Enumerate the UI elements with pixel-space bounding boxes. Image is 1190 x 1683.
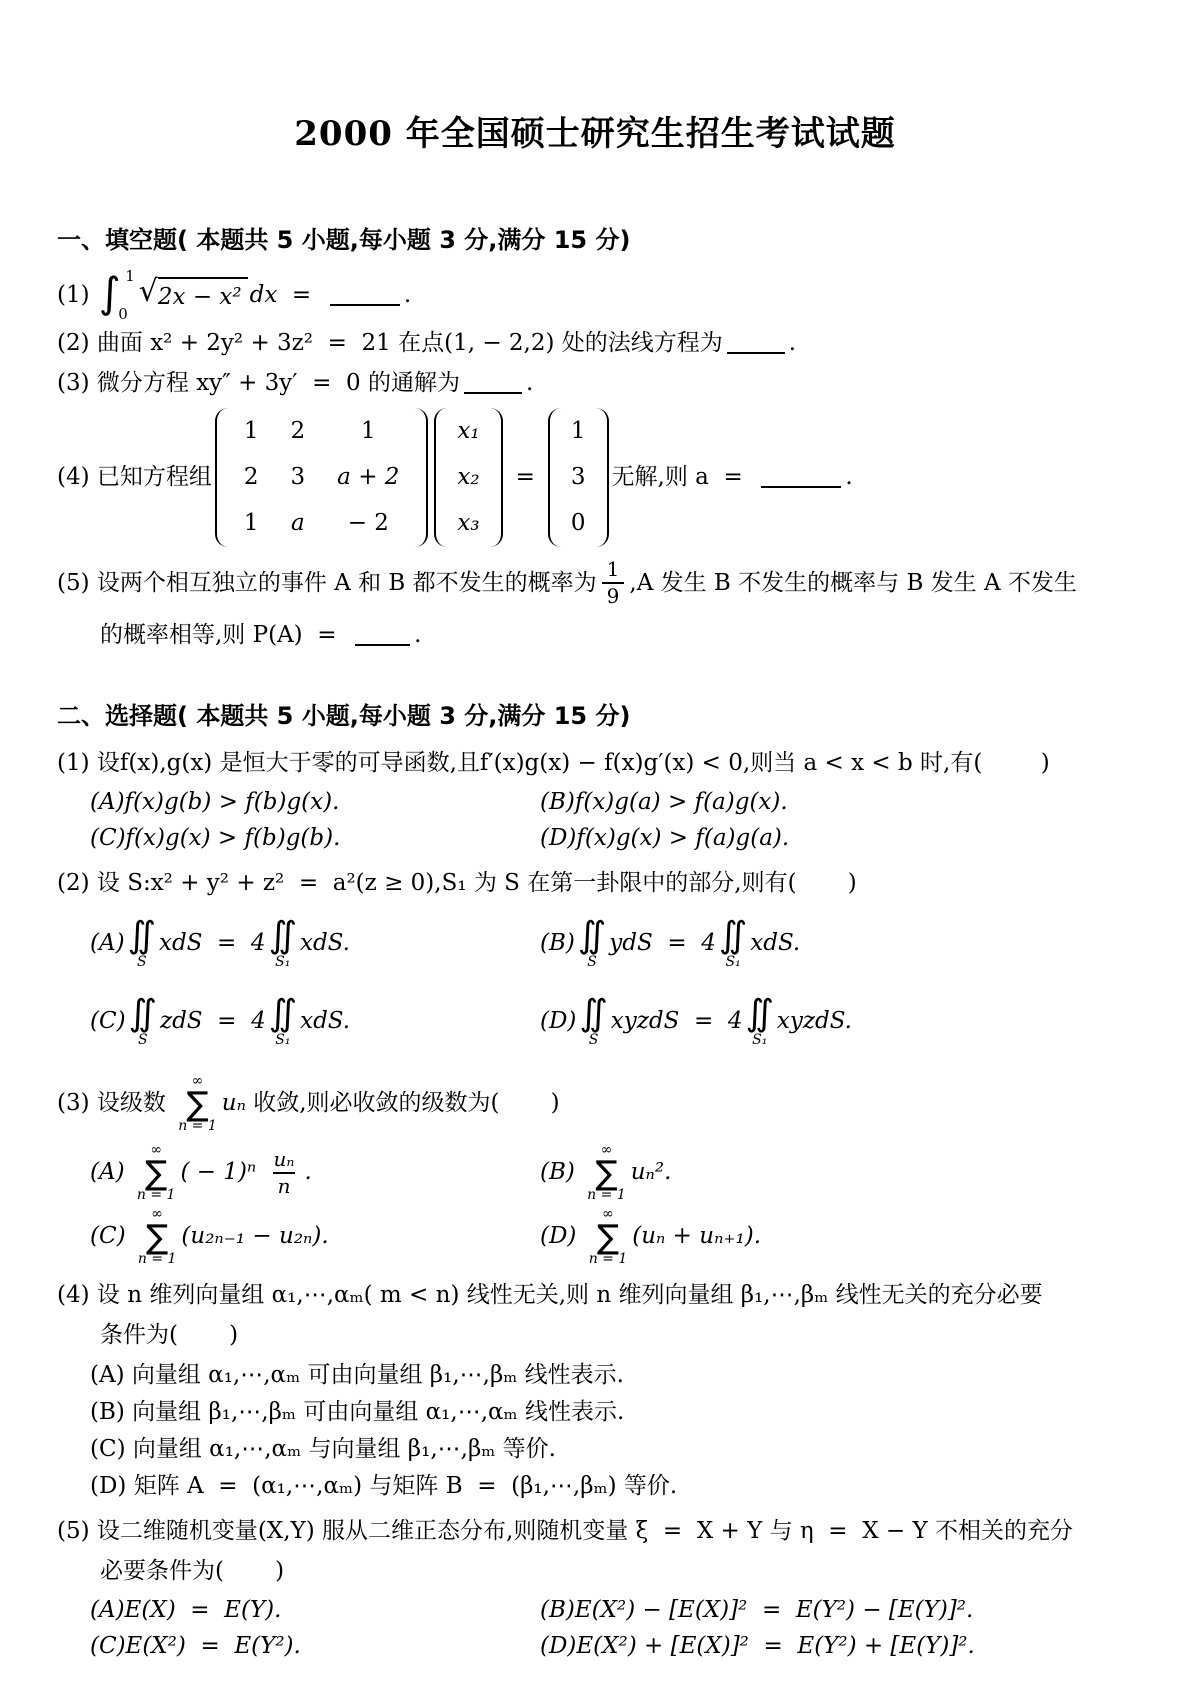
question-number: (5) — [57, 1516, 97, 1547]
integral-region: S₁ — [275, 955, 290, 969]
question-f5-line1: (5) 设两个相互独立的事件 A 和 B 都不发生的概率为 1 9 ,A 发生 … — [57, 552, 1133, 614]
exam-page: 2000 年全国硕士研究生招生考试试题 一、填空题( 本题共 5 小题,每小题 … — [0, 0, 1190, 1683]
stem-text: 收敛,则必收敛的级数为( ) — [253, 1088, 559, 1119]
option-label: (C) — [90, 1221, 133, 1252]
formula-text: xdS. — [300, 928, 350, 959]
integral-with-limits: ∫ 1 0 — [97, 270, 137, 320]
question-number: (3) — [57, 1088, 97, 1119]
section-fill-in: 一、填空题( 本题共 5 小题,每小题 3 分,满分 15 分) (1) ∫ 1… — [57, 224, 1133, 654]
fraction-denominator: n — [273, 1172, 296, 1199]
double-integral: ∬S — [128, 918, 156, 969]
stem-text: 条件为( ) — [100, 1320, 238, 1351]
double-integral-icon: ∬ — [128, 918, 156, 954]
double-integral: ∬S₁ — [719, 918, 747, 969]
unknowns-vector: x₁ x₂ x₃ — [434, 408, 502, 547]
double-integral: ∬S — [579, 996, 607, 1047]
matrix-cell: a + 2 — [337, 462, 399, 493]
answer-blank — [761, 466, 841, 488]
answer-blank — [727, 332, 785, 354]
section1-heading: 一、填空题( 本题共 5 小题,每小题 3 分,满分 15 分) — [57, 224, 1133, 256]
fraction: 1 9 — [602, 557, 625, 609]
option-c: (C)f(x)g(x) > f(b)g(b). — [90, 821, 540, 857]
matrix-cell: 1 — [244, 416, 259, 447]
period: . — [404, 280, 411, 311]
question-f4: (4) 已知方程组 1 2 1 2 3 a + 2 1 a − 2 — [57, 404, 1133, 550]
question-stem-line1: (4) 设 n 维列向量组 α₁,⋯,αₘ( m < n) 线性无关,则 n 维… — [57, 1277, 1133, 1315]
stem-text: 无解,则 a = — [612, 462, 758, 493]
vector-cell: x₂ — [457, 462, 479, 493]
sum-lower-limit: n = 1 — [137, 1188, 176, 1202]
question-stem: (2) 设 S:x² + y² + z² = a²(z ≥ 0),S₁ 为 S … — [57, 865, 1133, 903]
vector-cells: 1 3 0 — [561, 408, 596, 547]
formula-text: zdS = 4 — [160, 1006, 266, 1037]
page-title: 2000 年全国硕士研究生招生考试试题 — [57, 112, 1133, 158]
double-integral: ∬S₁ — [746, 996, 774, 1047]
option-a: (A) ∞ ∑ n = 1 ( − 1)ⁿ uₙ n . — [90, 1141, 540, 1205]
stem-text: 设f(x),g(x) 是恒大于零的可导函数,且f′(x)g(x) − f(x)g… — [97, 748, 1050, 779]
option-b: (B)f(x)g(a) > f(a)g(x). — [540, 785, 1133, 821]
option-c: (C) ∬S zdS = 4 ∬S₁ xdS. — [90, 983, 540, 1061]
rhs-vector: 1 3 0 — [548, 408, 609, 547]
formula-text: xyzdS = 4 — [611, 1006, 743, 1037]
option-c: (C) ∞ ∑ n = 1 (u₂ₙ₋₁ − u₂ₙ). — [90, 1205, 540, 1269]
option-label: (B) — [540, 928, 575, 959]
matrix-cell: a — [291, 508, 306, 539]
left-paren — [548, 408, 561, 547]
question-f2: (2) 曲面 x² + 2y² + 3z² = 21 在点(1, − 2,2) … — [57, 324, 1133, 362]
sigma-icon: ∑ — [595, 1157, 617, 1188]
square-root: √ 2x − x² — [139, 277, 248, 313]
integral-region: S — [138, 1033, 148, 1047]
double-integral-icon: ∬ — [269, 996, 297, 1032]
right-paren — [415, 408, 428, 547]
option-a: (A) ∬S xdS = 4 ∬S₁ xdS. — [90, 905, 540, 983]
vector-cell: 0 — [571, 508, 586, 539]
matrix-cell: 1 — [244, 508, 259, 539]
matrix-cell: 3 — [291, 462, 306, 493]
double-integral: ∬S₁ — [269, 918, 297, 969]
sum-operator: ∞ ∑ n = 1 — [178, 1074, 217, 1133]
question-m1: (1) 设f(x),g(x) 是恒大于零的可导函数,且f′(x)g(x) − f… — [57, 745, 1133, 857]
integral-region: S — [589, 1033, 599, 1047]
options: (A)f(x)g(b) > f(b)g(x). (B)f(x)g(a) > f(… — [57, 785, 1133, 857]
answer-blank — [330, 284, 400, 306]
stem-text: 设 S:x² + y² + z² = a²(z ≥ 0),S₁ 为 S 在第一卦… — [97, 868, 857, 899]
double-integral-icon: ∬ — [719, 918, 747, 954]
question-number: (2) — [57, 868, 97, 899]
fraction-denominator: 9 — [602, 582, 625, 609]
integrand-tail: dx = — [250, 280, 326, 311]
vector-cell: x₃ — [457, 508, 479, 539]
coefficient-matrix: 1 2 1 2 3 a + 2 1 a − 2 — [215, 408, 429, 547]
double-integral-icon: ∬ — [579, 996, 607, 1032]
fraction-numerator: 1 — [602, 557, 625, 582]
sum-lower-limit: n = 1 — [138, 1252, 177, 1266]
vector-cell: x₁ — [457, 416, 479, 447]
question-m5: (5) 设二维随机变量(X,Y) 服从二维正态分布,则随机变量 ξ = X + … — [57, 1513, 1133, 1665]
period: . — [526, 368, 533, 399]
question-f5-line2: 的概率相等,则 P(A) = . — [57, 616, 1133, 654]
integral-region: S₁ — [752, 1033, 767, 1047]
question-stem: (1) 设f(x),g(x) 是恒大于零的可导函数,且f′(x)g(x) − f… — [57, 745, 1133, 783]
double-integral: ∬S — [578, 918, 606, 969]
question-f3: (3) 微分方程 xy″ + 3y′ = 0 的通解为 . — [57, 364, 1133, 402]
left-paren — [215, 408, 228, 547]
period: . — [305, 1157, 312, 1188]
formula-text: xdS. — [300, 1006, 350, 1037]
integral-region: S₁ — [275, 1033, 290, 1047]
stem-text: 曲面 x² + 2y² + 3z² = 21 在点(1, − 2,2) 处的法线… — [97, 328, 723, 359]
formula-text: xdS. — [750, 928, 800, 959]
double-integral-icon: ∬ — [129, 996, 157, 1032]
vector-cells: x₁ x₂ x₃ — [447, 408, 489, 547]
option-c: (C) 向量组 α₁,⋯,αₘ 与向量组 β₁,⋯,βₘ 等价. — [90, 1431, 1133, 1468]
option-b: (B) ∞ ∑ n = 1 uₙ². — [540, 1141, 1133, 1205]
period: . — [789, 328, 796, 359]
question-m4: (4) 设 n 维列向量组 α₁,⋯,αₘ( m < n) 线性无关,则 n 维… — [57, 1277, 1133, 1505]
double-integral-icon: ∬ — [269, 918, 297, 954]
question-number: (4) — [57, 462, 97, 493]
period: . — [414, 620, 421, 651]
question-stem-line1: (5) 设二维随机变量(X,Y) 服从二维正态分布,则随机变量 ξ = X + … — [57, 1513, 1133, 1551]
sum-operator: ∞ ∑ n = 1 — [137, 1143, 176, 1202]
double-integral: ∬S — [129, 996, 157, 1047]
question-f1: (1) ∫ 1 0 √ 2x − x² dx = . — [57, 268, 1133, 322]
right-paren — [490, 408, 503, 547]
matrix-cells: 1 2 1 2 3 a + 2 1 a − 2 — [228, 408, 416, 547]
fraction: uₙ n — [269, 1147, 300, 1199]
stem-text: 设两个相互独立的事件 A 和 B 都不发生的概率为 — [97, 568, 597, 599]
question-number: (5) — [57, 568, 97, 599]
question-stem: (3) 设级数 ∞ ∑ n = 1 uₙ 收敛,则必收敛的级数为( ) — [57, 1069, 1133, 1139]
period: . — [845, 462, 852, 493]
option-a: (A)E(X) = E(Y). — [90, 1593, 540, 1629]
double-integral: ∬S₁ — [269, 996, 297, 1047]
vector-cell: 1 — [571, 416, 586, 447]
sum-operator: ∞ ∑ n = 1 — [587, 1143, 626, 1202]
stem-text: 必要条件为( ) — [100, 1556, 284, 1587]
option-label: (D) — [540, 1006, 576, 1037]
options: (A) 向量组 α₁,⋯,αₘ 可由向量组 β₁,⋯,βₘ 线性表示. (B) … — [57, 1357, 1133, 1505]
formula-text: xdS = 4 — [159, 928, 266, 959]
option-label: (A) — [90, 928, 125, 959]
question-number: (1) — [57, 748, 97, 779]
right-paren — [596, 408, 609, 547]
option-d: (D)f(x)g(x) > f(a)g(a). — [540, 821, 1133, 857]
formula-text: ydS = 4 — [609, 928, 716, 959]
question-stem-line2: 条件为( ) — [57, 1317, 1133, 1355]
option-b: (B) ∬S ydS = 4 ∬S₁ xdS. — [540, 905, 1133, 983]
sum-operator: ∞ ∑ n = 1 — [589, 1207, 628, 1266]
option-c: (C)E(X²) = E(Y²). — [90, 1629, 540, 1665]
sum-operator: ∞ ∑ n = 1 — [138, 1207, 177, 1266]
integral-region: S₁ — [725, 955, 740, 969]
series-term: uₙ — [222, 1088, 253, 1119]
stem-text: 设二维随机变量(X,Y) 服从二维正态分布,则随机变量 ξ = X + Y 与 … — [97, 1516, 1073, 1547]
vector-cell: 3 — [571, 462, 586, 493]
integral-lower-limit: 0 — [118, 304, 128, 324]
option-label: (D) — [540, 1221, 584, 1252]
question-number: (3) — [57, 368, 97, 399]
option-d: (D)E(X²) + [E(X)]² = E(Y²) + [E(Y)]². — [540, 1629, 1133, 1665]
question-m3: (3) 设级数 ∞ ∑ n = 1 uₙ 收敛,则必收敛的级数为( ) (A) … — [57, 1069, 1133, 1269]
section2-heading: 二、选择题( 本题共 5 小题,每小题 3 分,满分 15 分) — [57, 700, 1133, 732]
option-label: (A) — [90, 1157, 132, 1188]
stem-text: 设级数 — [97, 1088, 173, 1119]
formula-text: (uₙ + uₙ₊₁). — [632, 1221, 761, 1252]
stem-text: ,A 发生 B 不发生的概率与 B 发生 A 不发生 — [629, 568, 1077, 599]
radicand: 2x − x² — [158, 277, 248, 313]
option-d: (D) ∞ ∑ n = 1 (uₙ + uₙ₊₁). — [540, 1205, 1133, 1269]
formula-text: ( − 1)ⁿ — [180, 1157, 263, 1188]
left-paren — [434, 408, 447, 547]
option-d: (D) ∬S xyzdS = 4 ∬S₁ xyzdS. — [540, 983, 1133, 1061]
option-d: (D) 矩阵 A = (α₁,⋯,αₘ) 与矩阵 B = (β₁,⋯,βₘ) 等… — [90, 1468, 1133, 1505]
sigma-icon: ∑ — [597, 1221, 619, 1252]
radical-icon: √ — [139, 277, 158, 307]
double-integral-icon: ∬ — [578, 918, 606, 954]
options: (A) ∬S xdS = 4 ∬S₁ xdS. (B) ∬S ydS = 4 ∬… — [57, 905, 1133, 1061]
question-number: (2) — [57, 328, 97, 359]
matrix-cell: 2 — [291, 416, 306, 447]
option-label: (B) — [540, 1157, 582, 1188]
section-multiple-choice: 二、选择题( 本题共 5 小题,每小题 3 分,满分 15 分) (1) 设f(… — [57, 700, 1133, 1664]
option-a: (A)f(x)g(b) > f(b)g(x). — [90, 785, 540, 821]
sigma-icon: ∑ — [145, 1157, 167, 1188]
fraction-numerator: uₙ — [269, 1147, 300, 1172]
double-integral-icon: ∬ — [746, 996, 774, 1032]
stem-text: 已知方程组 — [97, 462, 212, 493]
integral-upper-limit: 1 — [125, 266, 135, 286]
formula-text: uₙ². — [631, 1157, 672, 1188]
option-b: (B)E(X²) − [E(X)]² = E(Y²) − [E(Y)]². — [540, 1593, 1133, 1629]
option-b: (B) 向量组 β₁,⋯,βₘ 可由向量组 α₁,⋯,αₘ 线性表示. — [90, 1394, 1133, 1431]
integral-region: S — [137, 955, 147, 969]
equals-sign: = — [516, 462, 535, 493]
matrix-cell: − 2 — [337, 508, 399, 539]
formula-text: xyzdS. — [777, 1006, 852, 1037]
question-m2: (2) 设 S:x² + y² + z² = a²(z ≥ 0),S₁ 为 S … — [57, 865, 1133, 1061]
option-label: (C) — [90, 1006, 126, 1037]
options: (A)E(X) = E(Y). (B)E(X²) − [E(X)]² = E(Y… — [57, 1593, 1133, 1665]
sum-lower-limit: n = 1 — [178, 1119, 217, 1133]
stem-text: 微分方程 xy″ + 3y′ = 0 的通解为 — [97, 368, 460, 399]
integral-region: S — [587, 955, 597, 969]
matrix-cell: 2 — [244, 462, 259, 493]
answer-blank — [464, 372, 522, 394]
answer-blank — [355, 624, 410, 646]
formula-text: (u₂ₙ₋₁ − u₂ₙ). — [181, 1221, 328, 1252]
options: (A) ∞ ∑ n = 1 ( − 1)ⁿ uₙ n . (B) — [57, 1141, 1133, 1269]
question-number: (4) — [57, 1280, 97, 1311]
question-stem-line2: 必要条件为( ) — [57, 1553, 1133, 1591]
sigma-icon: ∑ — [186, 1088, 208, 1119]
sum-lower-limit: n = 1 — [589, 1252, 628, 1266]
sigma-icon: ∑ — [146, 1221, 168, 1252]
sum-lower-limit: n = 1 — [587, 1188, 626, 1202]
stem-text: 的概率相等,则 P(A) = — [100, 620, 351, 651]
option-a: (A) 向量组 α₁,⋯,αₘ 可由向量组 β₁,⋯,βₘ 线性表示. — [90, 1357, 1133, 1394]
question-number: (1) — [57, 280, 97, 311]
stem-text: 设 n 维列向量组 α₁,⋯,αₘ( m < n) 线性无关,则 n 维列向量组… — [97, 1280, 1043, 1311]
matrix-cell: 1 — [337, 416, 399, 447]
